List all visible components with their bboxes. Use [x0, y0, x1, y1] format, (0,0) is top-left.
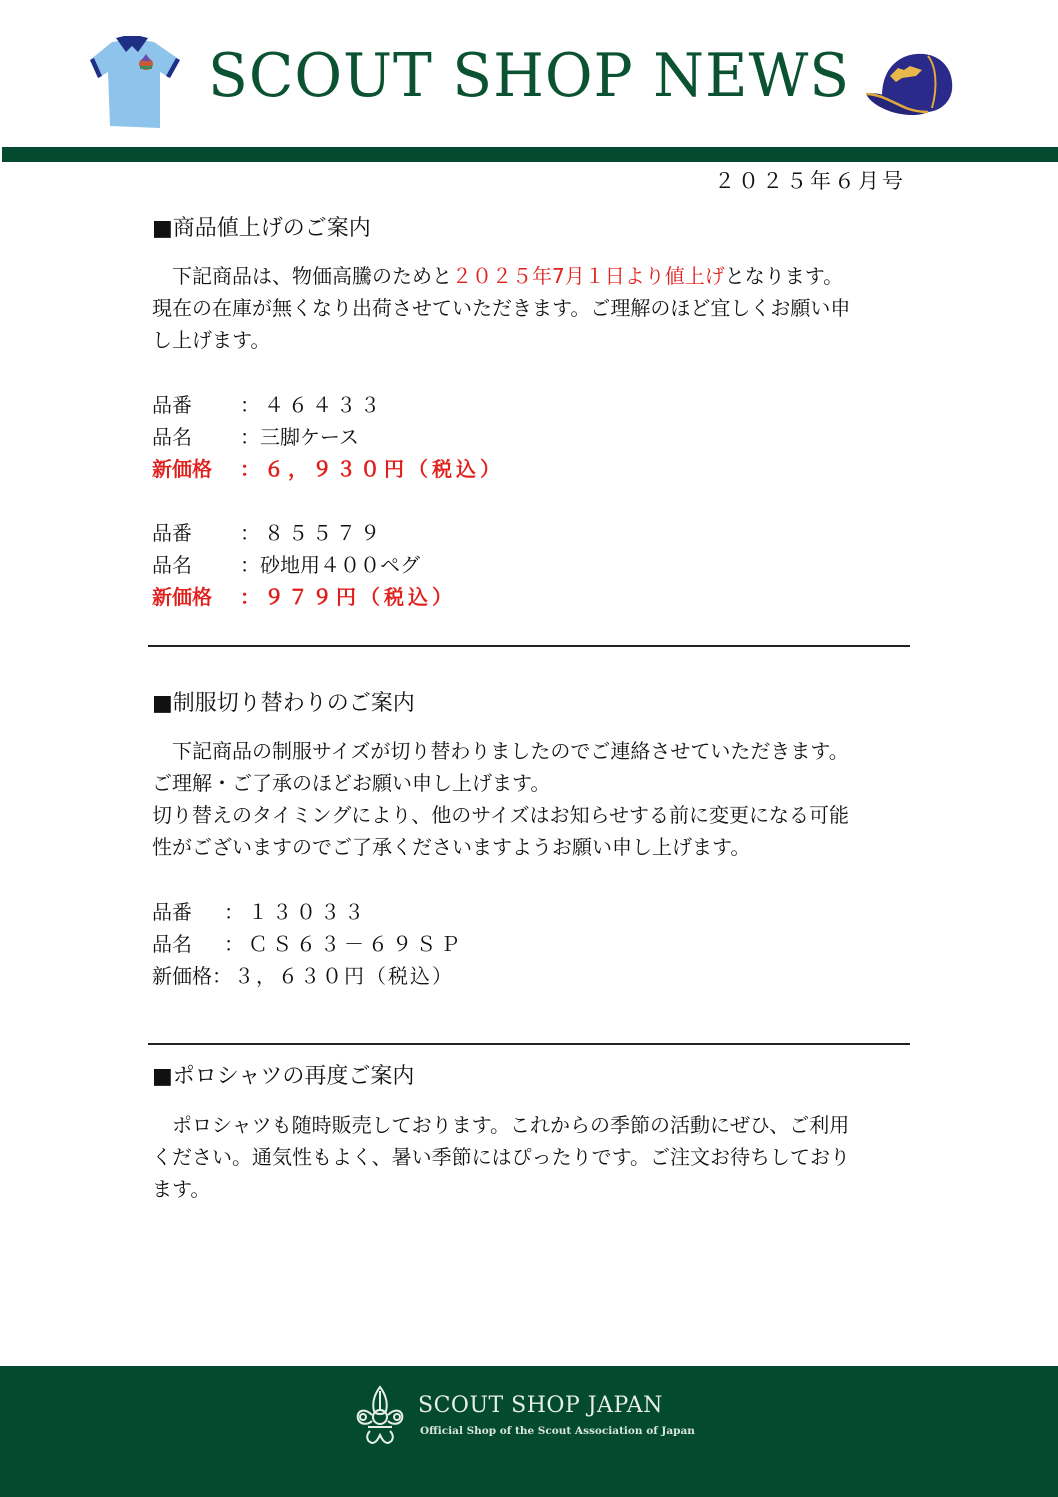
product-name-label: 品名: [152, 421, 240, 453]
price-increase-paragraph: 下記商品は、物価高騰のためと２０２５年7月１日より値上げとなります。 現在の在庫…: [152, 260, 912, 356]
new-price-row: 新価格 ：６，９３０円（税込）: [152, 453, 504, 485]
effective-date-highlight: ２０２５年7月１日より値上げ: [452, 264, 725, 288]
paragraph-line: 下記商品の制服サイズが切り替わりましたのでご連絡させていただきます。: [152, 735, 912, 767]
product-name-label: 品名: [152, 928, 224, 960]
product-number-label: 品番: [152, 389, 240, 421]
paragraph-line: 下記商品は、物価高騰のためと２０２５年7月１日より値上げとなります。: [152, 260, 912, 292]
product-spec-85579: 品番 ：８５５７９ 品名 ：砂地用４００ペグ 新価格 ：９７９円（税込）: [152, 517, 456, 613]
section-divider: [148, 1043, 910, 1045]
new-price-value: ：６，９３０円（税込）: [240, 453, 504, 485]
new-price-label: 新価格: [152, 581, 240, 613]
paragraph-line: し上げます。: [152, 324, 912, 356]
product-name-value: ：砂地用４００ペグ: [240, 549, 420, 581]
scout-cap-icon: [862, 46, 956, 118]
polo-shirt-icon: [82, 34, 182, 130]
product-spec-13033: 品番 ：１３０３３ 品名 ：ＣＳ６３－６９ＳＰ 新価格 ：３，６３０円（税込）: [152, 896, 464, 992]
new-price-value: ：３，６３０円（税込）: [212, 960, 454, 992]
section-heading-uniform-change: ■制服切り替わりのご案内: [152, 689, 415, 719]
product-number-value: ：８５５７９: [240, 517, 384, 549]
paragraph-line: ご理解・ご了承のほどお願い申し上げます。: [152, 767, 912, 799]
product-number-value: ：１３０３３: [224, 896, 368, 928]
footer-tagline: Official Shop of the Scout Association o…: [420, 1424, 695, 1438]
product-number-label: 品番: [152, 517, 240, 549]
product-number-row: 品番 ：１３０３３: [152, 896, 464, 928]
product-spec-46433: 品番 ：４６４３３ 品名 ：三脚ケース 新価格 ：６，９３０円（税込）: [152, 389, 504, 485]
section-heading-price-increase: ■商品値上げのご案内: [152, 214, 371, 244]
new-price-value: ：９７９円（税込）: [240, 581, 456, 613]
product-name-value: ：ＣＳ６３－６９ＳＰ: [224, 928, 464, 960]
product-name-row: 品名 ：砂地用４００ペグ: [152, 549, 456, 581]
text: 下記商品は、物価高騰のためと: [152, 264, 452, 288]
new-price-row: 新価格 ：９７９円（税込）: [152, 581, 456, 613]
paragraph-line: ます。: [152, 1173, 912, 1205]
product-name-row: 品名 ：三脚ケース: [152, 421, 504, 453]
paragraph-line: 現在の在庫が無くなり出荷させていただきます。ご理解のほど宜しくお願い申: [152, 292, 912, 324]
product-number-value: ：４６４３３: [240, 389, 384, 421]
product-name-label: 品名: [152, 549, 240, 581]
masthead-title: SCOUT SHOP NEWS: [208, 38, 839, 114]
product-number-label: 品番: [152, 896, 224, 928]
new-price-label: 新価格: [152, 453, 240, 485]
new-price-row: 新価格 ：３，６３０円（税込）: [152, 960, 464, 992]
product-name-value: ：三脚ケース: [240, 421, 359, 453]
paragraph-line: ポロシャツも随時販売しております。これからの季節の活動にぜひ、ご利用: [152, 1109, 912, 1141]
new-price-label: 新価格: [152, 960, 212, 992]
issue-date: ２０２５年６月号: [714, 166, 906, 196]
footer-shop-name: SCOUT SHOP JAPAN: [418, 1392, 663, 1420]
paragraph-line: 切り替えのタイミングにより、他のサイズはお知らせする前に変更になる可能: [152, 799, 912, 831]
uniform-change-paragraph: 下記商品の制服サイズが切り替わりましたのでご連絡させていただきます。 ご理解・ご…: [152, 735, 912, 863]
header-bar: [2, 147, 1058, 162]
paragraph-line: ください。通気性もよく、暑い季節にはぴったりです。ご注文お待ちしており: [152, 1141, 912, 1173]
product-number-row: 品番 ：４６４３３: [152, 389, 504, 421]
text: となります。: [725, 264, 843, 288]
paragraph-line: 性がございますのでご了承くださいますようお願い申し上げます。: [152, 831, 912, 863]
polo-shirt-paragraph: ポロシャツも随時販売しております。これからの季節の活動にぜひ、ご利用 ください。…: [152, 1109, 912, 1205]
product-name-row: 品名 ：ＣＳ６３－６９ＳＰ: [152, 928, 464, 960]
product-number-row: 品番 ：８５５７９: [152, 517, 456, 549]
fleur-de-lis-icon: [352, 1385, 408, 1447]
section-heading-polo-shirt: ■ポロシャツの再度ご案内: [152, 1062, 414, 1092]
section-divider: [148, 645, 910, 647]
